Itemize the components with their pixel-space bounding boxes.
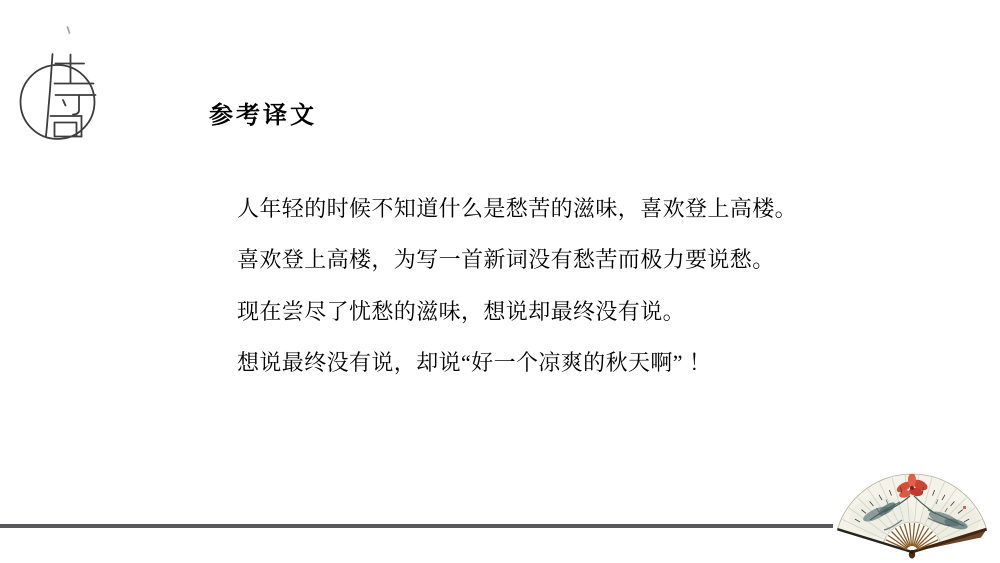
translation-line: 现在尝尽了忧愁的滋味，想说却最终没有说。 <box>237 286 857 337</box>
slide-canvas: 参考译文 人年轻的时候不知道什么是愁苦的滋味，喜欢登上高楼。 喜欢登上高楼，为写… <box>0 0 1000 563</box>
translation-line: 人年轻的时候不知道什么是愁苦的滋味，喜欢登上高楼。 <box>237 183 857 234</box>
folding-fan-icon <box>832 462 996 560</box>
translation-line: 想说最终没有说，却说“好一个凉爽的秋天啊” ！ <box>237 337 857 388</box>
slide-title: 参考译文 <box>209 95 317 130</box>
translation-text: 人年轻的时候不知道什么是愁苦的滋味，喜欢登上高楼。 喜欢登上高楼，为写一首新词没… <box>237 183 857 389</box>
footer-divider <box>0 524 833 528</box>
shici-seal-icon <box>10 20 105 145</box>
translation-line: 喜欢登上高楼，为写一首新词没有愁苦而极力要说愁。 <box>237 234 857 285</box>
